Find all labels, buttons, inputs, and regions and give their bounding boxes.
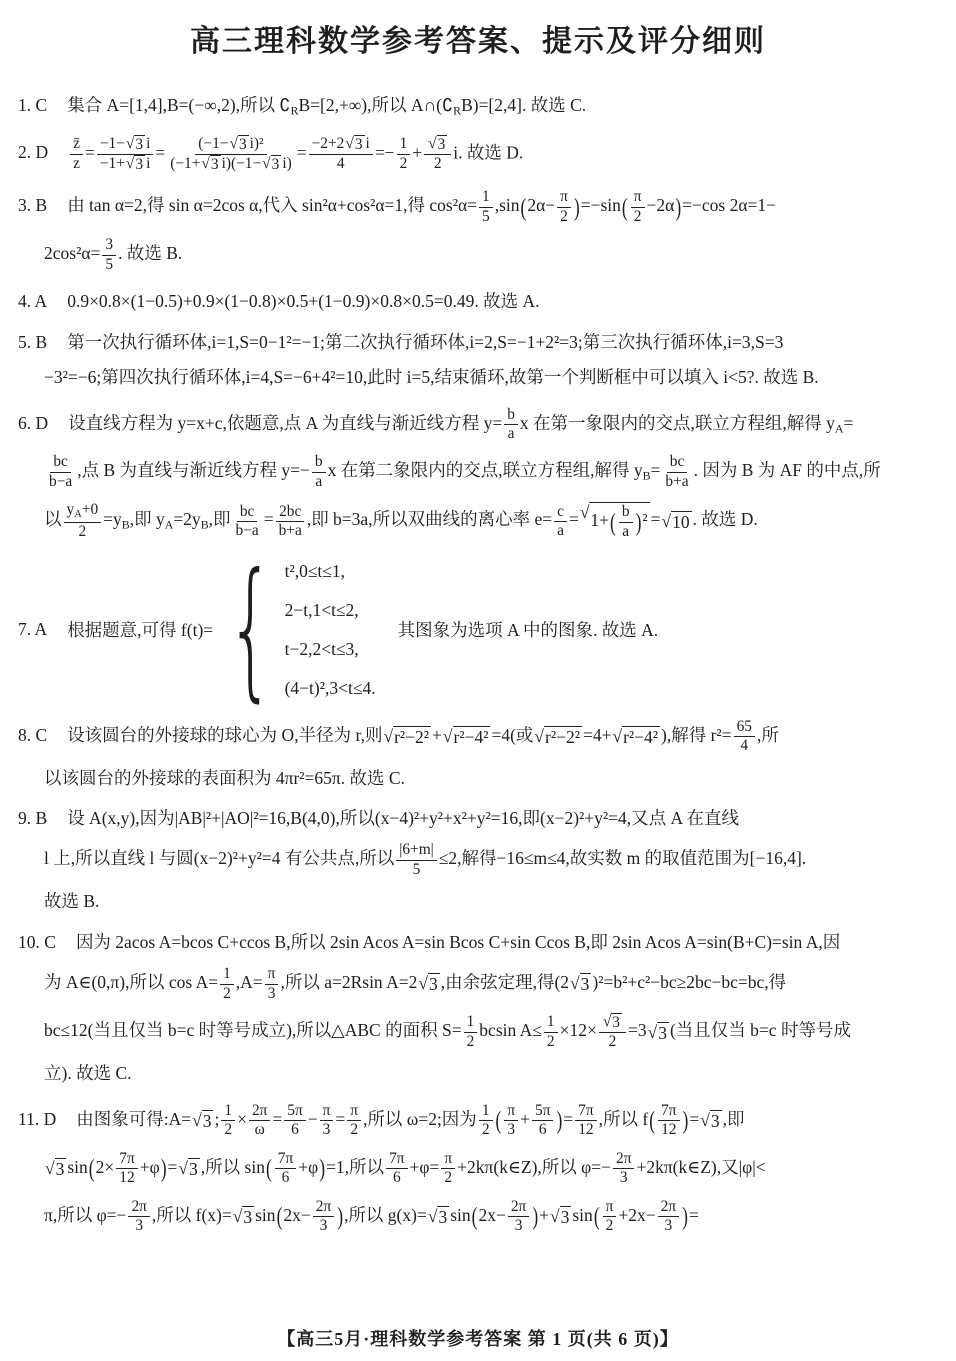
fraction: 2π3: [658, 1198, 679, 1236]
fraction-denominator: 12: [575, 1121, 596, 1139]
subscript: B: [643, 469, 651, 483]
answer-line: 以该圆台的外接球的表面积为 4πr²=65π. 故选 C.: [18, 761, 940, 796]
open-paren: (: [277, 1198, 283, 1235]
fraction: 7π6: [275, 1150, 296, 1188]
item-label: 1. C: [18, 95, 47, 115]
fraction-denominator: b+a: [662, 473, 691, 491]
fraction-numerator: 2π: [128, 1198, 149, 1217]
piecewise-cases: t²,0≤t≤1,2−t,1<t≤2,t−2,2<t≤3,(4−t)²,3<t≤…: [285, 552, 376, 708]
close-paren: ): [636, 507, 642, 536]
fraction-denominator: 4: [737, 737, 751, 755]
fraction: √32: [424, 135, 451, 173]
fraction: bcb−a: [46, 453, 75, 491]
answer-line: 故选 B.: [18, 884, 940, 919]
fraction: 2π3: [508, 1198, 529, 1236]
fraction: |6+m|5: [396, 841, 437, 879]
fraction-numerator: π: [504, 1102, 518, 1121]
radicand: 3: [354, 135, 365, 154]
open-paren: (: [594, 1198, 600, 1235]
fraction: ba: [504, 406, 518, 444]
piecewise-row: 7. A根据题意,可得 f(t)={t²,0≤t≤1,2−t,1<t≤2,t−2…: [18, 552, 940, 708]
fraction-denominator: 2: [464, 1033, 478, 1051]
radicand: 3: [238, 135, 249, 154]
fraction-numerator: −1−√3i: [97, 135, 154, 155]
square-root: √3: [229, 135, 248, 154]
square-root: √3: [126, 135, 145, 154]
open-paren: (: [649, 1102, 655, 1139]
radicand: 3: [242, 1206, 254, 1227]
fraction: π2: [631, 188, 645, 226]
fraction-denominator: a: [505, 425, 518, 443]
answer-item-8: 8. C设该圆台的外接球的球心为 O,半径为 r,则√r²−2²+√r²−4²=…: [18, 713, 940, 796]
radical-icon: √: [178, 1158, 188, 1178]
fraction-numerator: b: [504, 406, 518, 425]
fraction-numerator: b: [312, 453, 326, 472]
fraction-numerator: bc: [237, 503, 258, 522]
answer-item-11: 11. D由图象可得:A=√3;12×2πω=5π6−π3=π2,所以 ω=2;…: [18, 1097, 940, 1241]
fraction: 7π6: [386, 1150, 407, 1188]
radical-icon: √: [418, 973, 428, 993]
fraction-numerator: 7π: [275, 1150, 296, 1169]
fraction-denominator: b+a: [276, 522, 305, 540]
fraction-numerator: 1: [479, 1102, 493, 1121]
close-paren: ): [574, 189, 580, 226]
fraction-denominator: 3: [512, 1217, 526, 1235]
piecewise-post: 其图象为选项 A 中的图象. 故选 A.: [398, 617, 659, 642]
square-root: √3: [550, 1206, 571, 1227]
subscript: B: [201, 518, 209, 532]
fraction-denominator: 3: [617, 1169, 631, 1187]
square-root: √3: [428, 135, 447, 154]
answer-item-1: 1. C集合 A=[1,4],B=(−∞,2),所以 ∁RB=[2,+∞),所以…: [18, 88, 940, 125]
fraction: 35: [102, 236, 116, 274]
curly-brace-icon: {: [227, 562, 275, 697]
fraction-denominator: 12: [658, 1121, 679, 1139]
item-label: 3. B: [18, 195, 47, 215]
fraction: 12: [464, 1013, 478, 1051]
fraction-denominator: 4: [334, 155, 348, 173]
radical-icon: √: [229, 135, 237, 153]
fraction-numerator: 1: [479, 188, 493, 207]
answer-line: π,所以 φ=−2π3,所以 f(x)=√3sin(2x−2π3),所以 g(x…: [18, 1193, 940, 1241]
fraction-denominator: 3: [662, 1217, 676, 1235]
item-label: 10. C: [18, 932, 56, 952]
fraction: π3: [265, 965, 279, 1003]
radical-icon: √: [383, 726, 393, 746]
close-paren: ): [319, 1150, 325, 1187]
square-root: √3: [648, 1022, 669, 1043]
fraction-numerator: 2π: [249, 1102, 270, 1121]
radical-icon: √: [428, 135, 436, 153]
fraction-numerator: c: [554, 503, 567, 522]
fraction-denominator: 5: [102, 256, 116, 274]
square-root: √r²−4²: [612, 726, 660, 747]
radicand: 3: [580, 973, 592, 994]
radical-icon: √: [126, 155, 134, 173]
fraction: ba: [312, 453, 326, 491]
fraction-denominator: 5: [479, 208, 493, 226]
fraction: 2π3: [313, 1198, 334, 1236]
fraction-numerator: 2bc: [276, 503, 304, 522]
square-root: √3: [192, 1110, 213, 1131]
square-root: √3: [126, 155, 145, 174]
page-footer: 【高三5月·理科数学参考答案 第 1 页(共 6 页)】: [0, 1325, 956, 1351]
fraction-numerator: π: [265, 965, 279, 984]
fraction-numerator: (−1−√3i)²: [195, 135, 266, 155]
fraction-numerator: 2π: [613, 1150, 634, 1169]
item-label: 9. B: [18, 808, 47, 828]
answer-item-6: 6. D设直线方程为 y=x+c,依题意,点 A 为直线与渐近线方程 y=bax…: [18, 401, 940, 547]
square-root: √1+(ba)²: [580, 502, 650, 541]
piecewise-case: t²,0≤t≤1,: [285, 552, 376, 591]
radical-icon: √: [443, 726, 453, 746]
fraction-denominator: 2: [431, 155, 445, 173]
square-root: √3: [570, 973, 591, 994]
fraction-denominator: 6: [536, 1121, 550, 1139]
fraction-numerator: π: [603, 1198, 617, 1217]
radical-icon: √: [570, 973, 580, 993]
square-root: √r²−4²: [443, 726, 491, 747]
radicand: r²−2²: [544, 726, 582, 747]
fraction: 7π12: [575, 1102, 596, 1140]
open-paren: (: [472, 1198, 478, 1235]
subscript: A: [165, 518, 174, 532]
fraction: 5π6: [532, 1102, 553, 1140]
radicand: 3: [428, 973, 440, 994]
radicand: r²−2²: [393, 726, 431, 747]
fraction-denominator: 2: [221, 1121, 235, 1139]
fraction: π2: [347, 1102, 361, 1140]
piecewise-pre: 根据题意,可得 f(t)=: [67, 617, 213, 642]
close-paren: ): [161, 1150, 167, 1187]
piecewise-case: t−2,2<t≤3,: [285, 630, 376, 669]
radicand: 3: [188, 1158, 200, 1179]
close-paren: ): [532, 1198, 538, 1235]
radicand: r²−4²: [453, 726, 491, 747]
fraction-numerator: 7π: [575, 1102, 596, 1121]
fraction-denominator: a: [619, 523, 632, 541]
radicand: 3: [437, 135, 448, 154]
radical-icon: √: [550, 1206, 560, 1226]
fraction: π3: [320, 1102, 334, 1140]
radicand: 3: [657, 1022, 669, 1043]
fraction: 12: [220, 965, 234, 1003]
radical-icon: √: [700, 1110, 710, 1130]
radicand: 1+(ba)²: [589, 502, 649, 541]
item-label: 4. A: [18, 291, 47, 311]
fraction-denominator: 2: [347, 1121, 361, 1139]
fraction-numerator: 7π: [658, 1102, 679, 1121]
fraction: bcb+a: [662, 453, 691, 491]
fraction-numerator: π: [631, 188, 645, 207]
fraction: √32: [599, 1013, 626, 1051]
radical-icon: √: [580, 502, 590, 522]
fraction-denominator: 2: [441, 1169, 455, 1187]
fraction-denominator: 2: [397, 155, 411, 173]
fraction-numerator: π: [557, 188, 571, 207]
answer-line: 9. B设 A(x,y),因为|AB|²+|AO|²=16,B(4,0),所以(…: [18, 801, 940, 836]
fraction-numerator: 3: [102, 236, 116, 255]
fraction-numerator: 1: [464, 1013, 478, 1032]
fraction-numerator: 5π: [532, 1102, 553, 1121]
answer-line: 8. C设该圆台的外接球的球心为 O,半径为 r,则√r²−2²+√r²−4²=…: [18, 713, 940, 761]
fraction-denominator: 6: [288, 1121, 302, 1139]
radicand: 3: [560, 1206, 572, 1227]
fraction-numerator: 5π: [284, 1102, 305, 1121]
item-label: 2. D: [18, 142, 48, 162]
answers-list: 1. C集合 A=[1,4],B=(−∞,2),所以 ∁RB=[2,+∞),所以…: [0, 88, 956, 1241]
square-root: √3: [700, 1110, 721, 1131]
answer-line: bcb−a,点 B 为直线与渐近线方程 y=−bax 在第二象限内的交点,联立方…: [18, 448, 940, 496]
fraction: 2bcb+a: [276, 503, 305, 541]
answer-item-7: 7. A根据题意,可得 f(t)={t²,0≤t≤1,2−t,1<t≤2,t−2…: [18, 552, 940, 708]
close-paren: ): [556, 1102, 562, 1139]
radicand: 3: [202, 1110, 214, 1131]
radical-icon: √: [603, 1013, 611, 1031]
open-paren: (: [610, 507, 616, 536]
subscript: A: [835, 421, 844, 435]
radicand: 10: [671, 511, 692, 532]
radical-icon: √: [262, 155, 270, 173]
answer-line: 为 A∈(0,π),所以 cos A=12,A=π3,所以 a=2Rsin A=…: [18, 960, 940, 1008]
answer-line: 2cos²α=35. 故选 B.: [18, 231, 940, 279]
fraction-denominator: ω: [252, 1121, 268, 1139]
answer-item-9: 9. B设 A(x,y),因为|AB|²+|AO|²=16,B(4,0),所以(…: [18, 801, 940, 920]
radicand: 3: [210, 155, 221, 174]
fraction-numerator: yA+0: [64, 501, 102, 523]
fraction-denominator: b−a: [46, 473, 75, 491]
answer-line: 11. D由图象可得:A=√3;12×2πω=5π6−π3=π2,所以 ω=2;…: [18, 1097, 940, 1145]
item-label: 5. B: [18, 332, 47, 352]
fraction: 15: [479, 188, 493, 226]
radicand: 3: [611, 1013, 622, 1032]
radical-icon: √: [428, 1206, 438, 1226]
square-root: √3: [45, 1158, 66, 1179]
answer-line: 3. B由 tan α=2,得 sin α=2cos α,代入 sin²α+co…: [18, 183, 940, 231]
radicand: 3: [271, 155, 282, 174]
fraction: π3: [504, 1102, 518, 1140]
fraction-denominator: (−1+√3i)(−1−√3i): [167, 155, 295, 174]
radical-icon: √: [233, 1206, 243, 1226]
open-paren: (: [496, 1102, 502, 1139]
fraction-numerator: π: [441, 1150, 455, 1169]
fraction-denominator: 3: [132, 1217, 146, 1235]
subscript: B: [122, 518, 130, 532]
fraction-denominator: 5: [410, 861, 424, 879]
fraction-denominator: 6: [279, 1169, 293, 1187]
radicand: 3: [437, 1206, 449, 1227]
page-title: 高三理科数学参考答案、提示及评分细则: [0, 0, 956, 60]
close-paren: ): [337, 1198, 343, 1235]
square-root: √3: [603, 1013, 622, 1032]
fraction-denominator: b−a: [233, 522, 262, 540]
fraction-denominator: 6: [390, 1169, 404, 1187]
fraction-numerator: 7π: [386, 1150, 407, 1169]
piecewise-case: (4−t)²,3<t≤4.: [285, 669, 376, 708]
fraction-numerator: √3: [424, 135, 451, 155]
square-root: √3: [178, 1158, 199, 1179]
fraction: 12: [397, 135, 411, 173]
fraction: ba: [619, 503, 633, 541]
fraction: z̄z: [70, 135, 83, 173]
fraction-denominator: 2: [220, 985, 234, 1003]
fraction-denominator: 2: [631, 208, 645, 226]
subscript: A: [74, 510, 82, 521]
fraction-numerator: 7π: [116, 1150, 137, 1169]
fraction-denominator: 3: [265, 985, 279, 1003]
answer-item-4: 4. A0.9×0.8×(1−0.5)+0.9×(1−0.8)×0.5+(1−0…: [18, 284, 940, 319]
fraction-denominator: 2: [479, 1121, 493, 1139]
fraction-numerator: 2π: [658, 1198, 679, 1217]
square-root: √3: [262, 155, 281, 174]
fraction-denominator: 2: [544, 1033, 558, 1051]
fraction: (−1−√3i)²(−1+√3i)(−1−√3i): [167, 135, 295, 174]
fraction: 7π12: [116, 1150, 137, 1188]
fraction-numerator: 2π: [313, 1198, 334, 1217]
radicand: 3: [134, 155, 145, 174]
fraction-numerator: bc: [50, 453, 71, 472]
subscript: R: [291, 104, 299, 118]
radicand: 3: [710, 1110, 722, 1131]
close-paren: ): [682, 1198, 688, 1235]
radicand: 3: [134, 135, 145, 154]
fraction: 654: [734, 718, 755, 756]
fraction-numerator: 1: [397, 135, 411, 154]
square-root: √3: [428, 1206, 449, 1227]
radical-icon: √: [612, 726, 622, 746]
fraction-numerator: 1: [221, 1102, 235, 1121]
fraction-numerator: 1: [220, 965, 234, 984]
fraction-numerator: 2π: [508, 1198, 529, 1217]
open-paren: (: [622, 189, 628, 226]
answer-line: 2. Dz̄z=−1−√3i−1+√3i=(−1−√3i)²(−1+√3i)(−…: [18, 130, 940, 179]
answer-line: 4. A0.9×0.8×(1−0.5)+0.9×(1−0.8)×0.5+(1−0…: [18, 284, 940, 319]
fraction-numerator: π: [347, 1102, 361, 1121]
radical-icon: √: [345, 135, 353, 153]
fraction: 7π12: [658, 1102, 679, 1140]
fraction-denominator: 2: [603, 1217, 617, 1235]
answer-line: 6. D设直线方程为 y=x+c,依题意,点 A 为直线与渐近线方程 y=bax…: [18, 401, 940, 449]
square-root: √3: [418, 973, 439, 994]
item-label: 8. C: [18, 725, 47, 745]
fraction: π2: [557, 188, 571, 226]
fraction: 5π6: [284, 1102, 305, 1140]
answer-line: −3²=−6;第四次执行循环体,i=4,S=−6+4²=10,此时 i=5,结束…: [18, 360, 940, 395]
fraction: bcb−a: [233, 503, 262, 541]
fraction-denominator: 12: [116, 1169, 137, 1187]
fraction: π2: [603, 1198, 617, 1236]
answer-line: 10. C因为 2acos A=bcos C+ccos B,所以 2sin Ac…: [18, 925, 940, 960]
fraction-numerator: |6+m|: [396, 841, 437, 860]
fraction-denominator: z: [70, 155, 83, 173]
item-label: 11. D: [18, 1109, 56, 1129]
answer-item-3: 3. B由 tan α=2,得 sin α=2cos α,代入 sin²α+co…: [18, 183, 940, 279]
open-paren: (: [521, 189, 527, 226]
piecewise-case: 2−t,1<t≤2,: [285, 591, 376, 630]
fraction-numerator: −2+2√3i: [309, 135, 373, 155]
radical-icon: √: [45, 1158, 55, 1178]
answer-item-2: 2. Dz̄z=−1−√3i−1+√3i=(−1−√3i)²(−1+√3i)(−…: [18, 130, 940, 179]
fraction-numerator: π: [320, 1102, 334, 1121]
answer-line: 5. B第一次执行循环体,i=1,S=0−1²=−1;第二次执行循环体,i=2,…: [18, 325, 940, 360]
close-paren: ): [683, 1102, 689, 1139]
square-root: √3: [345, 135, 364, 154]
radicand: r²−4²: [622, 726, 660, 747]
fraction: 2π3: [613, 1150, 634, 1188]
subscript: R: [453, 104, 461, 118]
open-paren: (: [266, 1150, 272, 1187]
fraction-denominator: 3: [504, 1121, 518, 1139]
fraction-numerator: bc: [667, 453, 688, 472]
fraction-denominator: 3: [317, 1217, 331, 1235]
radicand: 3: [55, 1158, 67, 1179]
answer-line: l 上,所以直线 l 与圆(x−2)²+y²=4 有公共点,所以|6+m|5≤2…: [18, 836, 940, 884]
square-root: √3: [201, 155, 220, 174]
radical-icon: √: [662, 511, 672, 531]
square-root: √10: [662, 511, 692, 532]
open-paren: (: [89, 1150, 95, 1187]
item-label: 6. D: [18, 413, 48, 433]
fraction-numerator: z̄: [70, 135, 83, 154]
square-root: √r²−2²: [534, 726, 582, 747]
close-paren: ): [675, 189, 681, 226]
answer-line: √3sin(2×7π12+φ)=√3,所以 sin(7π6+φ)=1,所以7π6…: [18, 1145, 940, 1193]
radical-icon: √: [201, 155, 209, 173]
exam-answer-page: 高三理科数学参考答案、提示及评分细则 1. C集合 A=[1,4],B=(−∞,…: [0, 0, 956, 1361]
fraction: 12: [479, 1102, 493, 1140]
fraction: 12: [221, 1102, 235, 1140]
fraction-numerator: 1: [544, 1013, 558, 1032]
fraction-denominator: 2: [75, 523, 89, 541]
fraction: 2π3: [128, 1198, 149, 1236]
fraction: −2+2√3i4: [309, 135, 373, 173]
square-root: √3: [233, 1206, 254, 1227]
answer-line: 1. C集合 A=[1,4],B=(−∞,2),所以 ∁RB=[2,+∞),所以…: [18, 88, 940, 125]
fraction-denominator: −1+√3i: [97, 155, 154, 174]
radical-icon: √: [126, 135, 134, 153]
fraction: 2πω: [249, 1102, 270, 1140]
answer-line: bc≤12(当且仅当 b=c 时等号成立),所以△ABC 的面积 S=12bcs…: [18, 1008, 940, 1056]
answer-item-5: 5. B第一次执行循环体,i=1,S=0−1²=−1;第二次执行循环体,i=2,…: [18, 325, 940, 396]
answer-line: 立). 故选 C.: [18, 1056, 940, 1091]
fraction-denominator: 2: [557, 208, 571, 226]
radical-icon: √: [648, 1022, 658, 1042]
fraction: −1−√3i−1+√3i: [97, 135, 154, 174]
fraction-numerator: √3: [599, 1013, 626, 1033]
answer-item-10: 10. C因为 2acos A=bcos C+ccos B,所以 2sin Ac…: [18, 925, 940, 1092]
fraction: ca: [554, 503, 567, 541]
fraction: 12: [544, 1013, 558, 1051]
square-root: √r²−2²: [383, 726, 431, 747]
fraction-numerator: b: [619, 503, 633, 522]
radical-icon: √: [534, 726, 544, 746]
fraction: π2: [441, 1150, 455, 1188]
item-label: 7. A: [18, 619, 47, 640]
radical-icon: √: [192, 1110, 202, 1130]
answer-line: 以yA+02=yB,即 yA=2yB,即bcb−a=2bcb+a,即 b=3a,…: [18, 496, 940, 546]
fraction-denominator: 3: [320, 1121, 334, 1139]
fraction-denominator: a: [312, 473, 325, 491]
fraction: yA+02: [64, 501, 102, 541]
fraction-denominator: a: [554, 522, 567, 540]
fraction-numerator: 65: [734, 718, 755, 737]
fraction-denominator: 2: [606, 1033, 620, 1051]
